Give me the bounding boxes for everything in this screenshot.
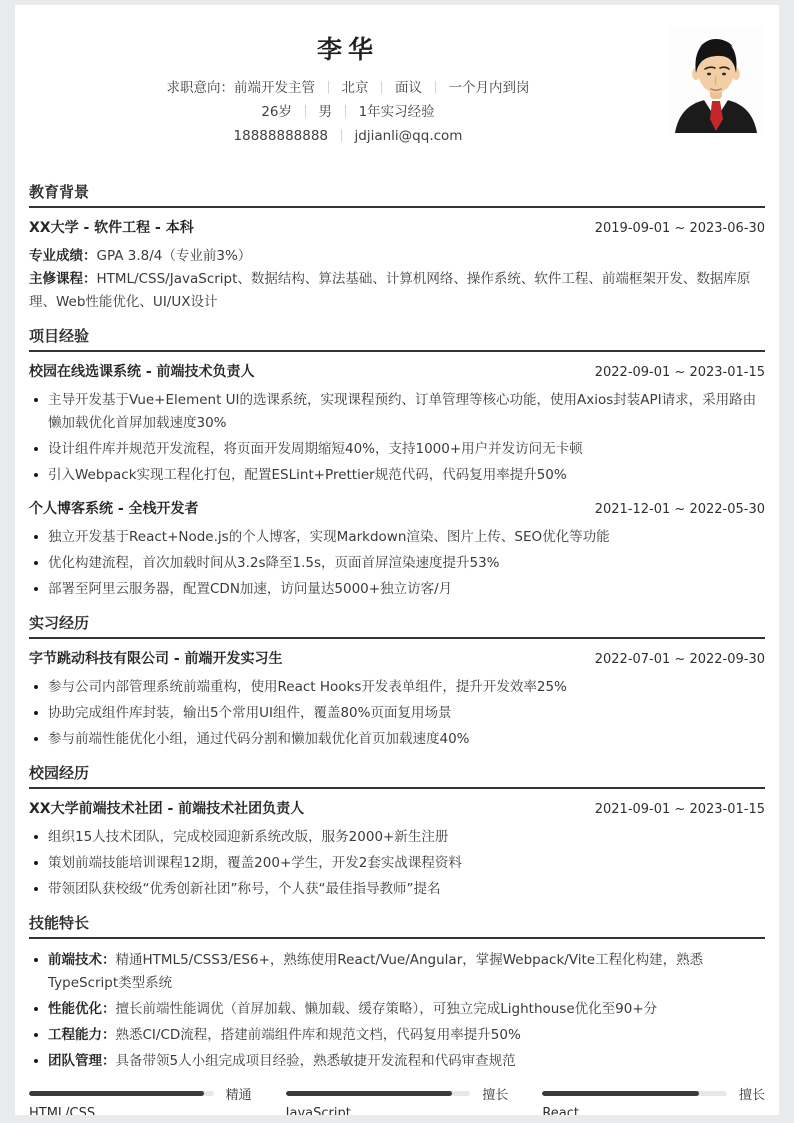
bullet-text: 精通HTML5/CSS3/ES6+，熟练使用React/Vue/Angular，… [48, 952, 703, 991]
info-item: 一个月内到岗 [449, 80, 530, 96]
info-item: 前端开发主管 [234, 80, 315, 96]
skill-bar-track [542, 1091, 727, 1096]
skill-item: 精通HTML/CSS [29, 1085, 252, 1115]
bullet-item: 性能优化：擅长前端性能调优（首屏加载、懒加载、缓存策略），可独立完成Lighth… [29, 998, 765, 1021]
bullet-text: 优化构建流程，首次加载时间从3.2s降至1.5s，页面首屏渲染速度提升53% [48, 555, 500, 571]
skill-bar-fill [286, 1091, 452, 1096]
section-internship: 实习经历字节跳动科技有限公司 - 前端开发实习生2022-07-01 ~ 202… [29, 613, 765, 751]
bullet-text: 策划前端技能培训课程12期，覆盖200+学生，开发2套实战课程资料 [48, 855, 462, 871]
section-title: 教育背景 [29, 182, 765, 208]
bullet-label: 前端技术： [48, 952, 116, 968]
bullet-list: 独立开发基于React+Node.js的个人博客，实现Markdown渲染、图片… [29, 526, 765, 601]
entry: XX大学 - 软件工程 - 本科2019-09-01 ~ 2023-06-30专… [29, 218, 765, 314]
section-projects: 项目经验校园在线选课系统 - 前端技术负责人2022-09-01 ~ 2023-… [29, 326, 765, 601]
detail-line: 主修课程：HTML/CSS/JavaScript、数据结构、算法基础、计算机网络… [29, 268, 765, 314]
separator: ｜ [339, 104, 352, 119]
info-item: 北京 [341, 80, 368, 96]
section-campus: 校园经历XX大学前端技术社团 - 前端技术社团负责人2021-09-01 ~ 2… [29, 763, 765, 901]
bullet-label: 性能优化： [48, 1001, 116, 1017]
bullet-text: 组织15人技术团队，完成校园迎新系统改版，服务2000+新生注册 [48, 829, 448, 845]
separator: ｜ [429, 80, 442, 95]
entry: 校园在线选课系统 - 前端技术负责人2022-09-01 ~ 2023-01-1… [29, 362, 765, 487]
bullet-label: 工程能力： [48, 1027, 116, 1043]
resume-header: 李华 求职意向：前端开发主管｜北京｜面议｜一个月内到岗 26岁｜男｜1年实习经验… [29, 27, 765, 148]
bullet-item: 优化构建流程，首次加载时间从3.2s降至1.5s，页面首屏渲染速度提升53% [29, 552, 765, 575]
bullet-item: 引入Webpack实现工程化打包，配置ESLint+Prettier规范代码，代… [29, 464, 765, 487]
skill-bar-row: 精通 [29, 1085, 252, 1102]
bullet-text: 设计组件库并规范开发流程，将页面开发周期缩短40%，支持1000+用户并发访问无… [48, 441, 583, 457]
skill-bar-row: 擅长 [286, 1085, 509, 1102]
section-title: 技能特长 [29, 913, 765, 939]
bullet-item: 工程能力：熟悉CI/CD流程，搭建前端组件库和规范文档，代码复用率提升50% [29, 1024, 765, 1047]
separator: ｜ [335, 128, 348, 143]
skill-level-label: 精通 [226, 1084, 252, 1103]
bullet-list: 组织15人技术团队，完成校园迎新系统改版，服务2000+新生注册策划前端技能培训… [29, 826, 765, 901]
info-item: 面议 [395, 80, 422, 96]
entry: 字节跳动科技有限公司 - 前端开发实习生2022-07-01 ~ 2022-09… [29, 649, 765, 751]
entry: 个人博客系统 - 全栈开发者2021-12-01 ~ 2022-05-30独立开… [29, 499, 765, 601]
entry-date: 2022-09-01 ~ 2023-01-15 [595, 363, 765, 383]
bullet-text: 带领团队获校级“优秀创新社团”称号，个人获“最佳指导教师”提名 [48, 881, 440, 897]
section-title: 校园经历 [29, 763, 765, 789]
skill-bar-row: 擅长 [542, 1085, 765, 1102]
skill-level-label: 擅长 [482, 1084, 508, 1103]
entry-header: XX大学 - 软件工程 - 本科2019-09-01 ~ 2023-06-30 [29, 218, 765, 239]
bullet-item: 策划前端技能培训课程12期，覆盖200+学生，开发2套实战课程资料 [29, 852, 765, 875]
section-education: 教育背景XX大学 - 软件工程 - 本科2019-09-01 ~ 2023-06… [29, 182, 765, 314]
bullet-item: 参与前端性能优化小组，通过代码分割和懒加载优化首页加载速度40% [29, 728, 765, 751]
entry-title: 校园在线选课系统 - 前端技术负责人 [29, 362, 255, 382]
bullet-text: 引入Webpack实现工程化打包，配置ESLint+Prettier规范代码，代… [48, 467, 567, 483]
resume-page: 李华 求职意向：前端开发主管｜北京｜面议｜一个月内到岗 26岁｜男｜1年实习经验… [15, 5, 779, 1115]
bullet-item: 设计组件库并规范开发流程，将页面开发周期缩短40%，支持1000+用户并发访问无… [29, 438, 765, 461]
contact-line: 18888888888｜jdjianli@qq.com [29, 124, 667, 148]
detail-text: GPA 3.8/4（专业前3%） [97, 248, 252, 264]
bullet-item: 组织15人技术团队，完成校园迎新系统改版，服务2000+新生注册 [29, 826, 765, 849]
bullet-list: 主导开发基于Vue+Element UI的选课系统，实现课程预约、订单管理等核心… [29, 389, 765, 487]
resume-sections: 教育背景XX大学 - 软件工程 - 本科2019-09-01 ~ 2023-06… [29, 182, 765, 1073]
detail-text: HTML/CSS/JavaScript、数据结构、算法基础、计算机网络、操作系统… [29, 271, 750, 310]
bullet-item: 团队管理：具备带领5人小组完成项目经验，熟悉敏捷开发流程和代码审查规范 [29, 1050, 765, 1073]
info-item: 18888888888 [234, 128, 328, 144]
header-text-block: 李华 求职意向：前端开发主管｜北京｜面议｜一个月内到岗 26岁｜男｜1年实习经验… [29, 27, 667, 148]
bullet-item: 部署至阿里云服务器，配置CDN加速，访问量达5000+独立访客/月 [29, 578, 765, 601]
profile-line: 26岁｜男｜1年实习经验 [29, 100, 667, 124]
skill-bar-fill [29, 1091, 204, 1096]
entry-date: 2019-09-01 ~ 2023-06-30 [595, 219, 765, 239]
entry-title: XX大学前端技术社团 - 前端技术社团负责人 [29, 799, 304, 819]
bullet-label: 团队管理： [48, 1053, 116, 1069]
section-title: 项目经验 [29, 326, 765, 352]
bullet-text: 部署至阿里云服务器，配置CDN加速，访问量达5000+独立访客/月 [48, 581, 452, 597]
bullet-text: 参与公司内部管理系统前端重构，使用React Hooks开发表单组件，提升开发效… [48, 679, 567, 695]
info-item: 1年实习经验 [359, 104, 435, 120]
bullet-text: 具备带领5人小组完成项目经验，熟悉敏捷开发流程和代码审查规范 [116, 1053, 516, 1069]
candidate-name: 李华 [29, 30, 667, 66]
skill-item: 擅长React [542, 1085, 765, 1115]
info-item: 26岁 [261, 104, 292, 120]
entry-header: 校园在线选课系统 - 前端技术负责人2022-09-01 ~ 2023-01-1… [29, 362, 765, 383]
entry-date: 2021-12-01 ~ 2022-05-30 [595, 500, 765, 520]
entry-title: XX大学 - 软件工程 - 本科 [29, 218, 194, 238]
entry: 前端技术：精通HTML5/CSS3/ES6+，熟练使用React/Vue/Ang… [29, 949, 765, 1073]
bullet-text: 主导开发基于Vue+Element UI的选课系统，实现课程预约、订单管理等核心… [48, 392, 756, 431]
detail-label: 主修课程： [29, 271, 97, 287]
bullet-text: 协助完成组件库封装，输出5个常用UI组件，覆盖80%页面复用场景 [48, 705, 451, 721]
bullet-text: 参与前端性能优化小组，通过代码分割和懒加载优化首页加载速度40% [48, 731, 470, 747]
entry-header: XX大学前端技术社团 - 前端技术社团负责人2021-09-01 ~ 2023-… [29, 799, 765, 820]
detail-label: 专业成绩： [29, 248, 97, 264]
entry-header: 个人博客系统 - 全栈开发者2021-12-01 ~ 2022-05-30 [29, 499, 765, 520]
section-skills: 技能特长前端技术：精通HTML5/CSS3/ES6+，熟练使用React/Vue… [29, 913, 765, 1073]
bullet-item: 主导开发基于Vue+Element UI的选课系统，实现课程预约、订单管理等核心… [29, 389, 765, 435]
separator: ｜ [322, 80, 335, 95]
bullet-item: 协助完成组件库封装，输出5个常用UI组件，覆盖80%页面复用场景 [29, 702, 765, 725]
skill-name: JavaScript [286, 1106, 509, 1115]
bullet-list: 前端技术：精通HTML5/CSS3/ES6+，熟练使用React/Vue/Ang… [29, 949, 765, 1073]
entry-date: 2021-09-01 ~ 2023-01-15 [595, 800, 765, 820]
bullet-item: 前端技术：精通HTML5/CSS3/ES6+，熟练使用React/Vue/Ang… [29, 949, 765, 995]
skill-bar-fill [542, 1091, 699, 1096]
skill-level-label: 擅长 [739, 1084, 765, 1103]
info-item: jdjianli@qq.com [355, 128, 463, 144]
entry: XX大学前端技术社团 - 前端技术社团负责人2021-09-01 ~ 2023-… [29, 799, 765, 901]
bullet-text: 独立开发基于React+Node.js的个人博客，实现Markdown渲染、图片… [48, 529, 610, 545]
skill-bars: 精通HTML/CSS擅长JavaScript擅长React [29, 1085, 765, 1115]
entry-date: 2022-07-01 ~ 2022-09-30 [595, 650, 765, 670]
bullet-text: 擅长前端性能调优（首屏加载、懒加载、缓存策略），可独立完成Lighthouse优… [116, 1001, 658, 1017]
entry-header: 字节跳动科技有限公司 - 前端开发实习生2022-07-01 ~ 2022-09… [29, 649, 765, 670]
profile-photo [667, 27, 765, 133]
bullet-item: 独立开发基于React+Node.js的个人博客，实现Markdown渲染、图片… [29, 526, 765, 549]
skill-name: HTML/CSS [29, 1106, 252, 1115]
bullet-text: 熟悉CI/CD流程，搭建前端组件库和规范文档，代码复用率提升50% [116, 1027, 521, 1043]
skill-item: 擅长JavaScript [286, 1085, 509, 1115]
separator: ｜ [375, 80, 388, 95]
entry-title: 个人博客系统 - 全栈开发者 [29, 499, 199, 519]
bullet-list: 参与公司内部管理系统前端重构，使用React Hooks开发表单组件，提升开发效… [29, 676, 765, 751]
job-intent-line: 求职意向：前端开发主管｜北京｜面议｜一个月内到岗 [29, 76, 667, 100]
skill-name: React [542, 1106, 765, 1115]
info-label: 求职意向： [166, 80, 234, 96]
skill-bar-track [286, 1091, 471, 1096]
separator: ｜ [299, 104, 312, 119]
bullet-item: 带领团队获校级“优秀创新社团”称号，个人获“最佳指导教师”提名 [29, 878, 765, 901]
bullet-item: 参与公司内部管理系统前端重构，使用React Hooks开发表单组件，提升开发效… [29, 676, 765, 699]
section-title: 实习经历 [29, 613, 765, 639]
skill-bar-track [29, 1091, 214, 1096]
entry-title: 字节跳动科技有限公司 - 前端开发实习生 [29, 649, 283, 669]
info-item: 男 [319, 104, 333, 120]
detail-line: 专业成绩：GPA 3.8/4（专业前3%） [29, 245, 765, 268]
avatar-illustration [667, 27, 765, 133]
